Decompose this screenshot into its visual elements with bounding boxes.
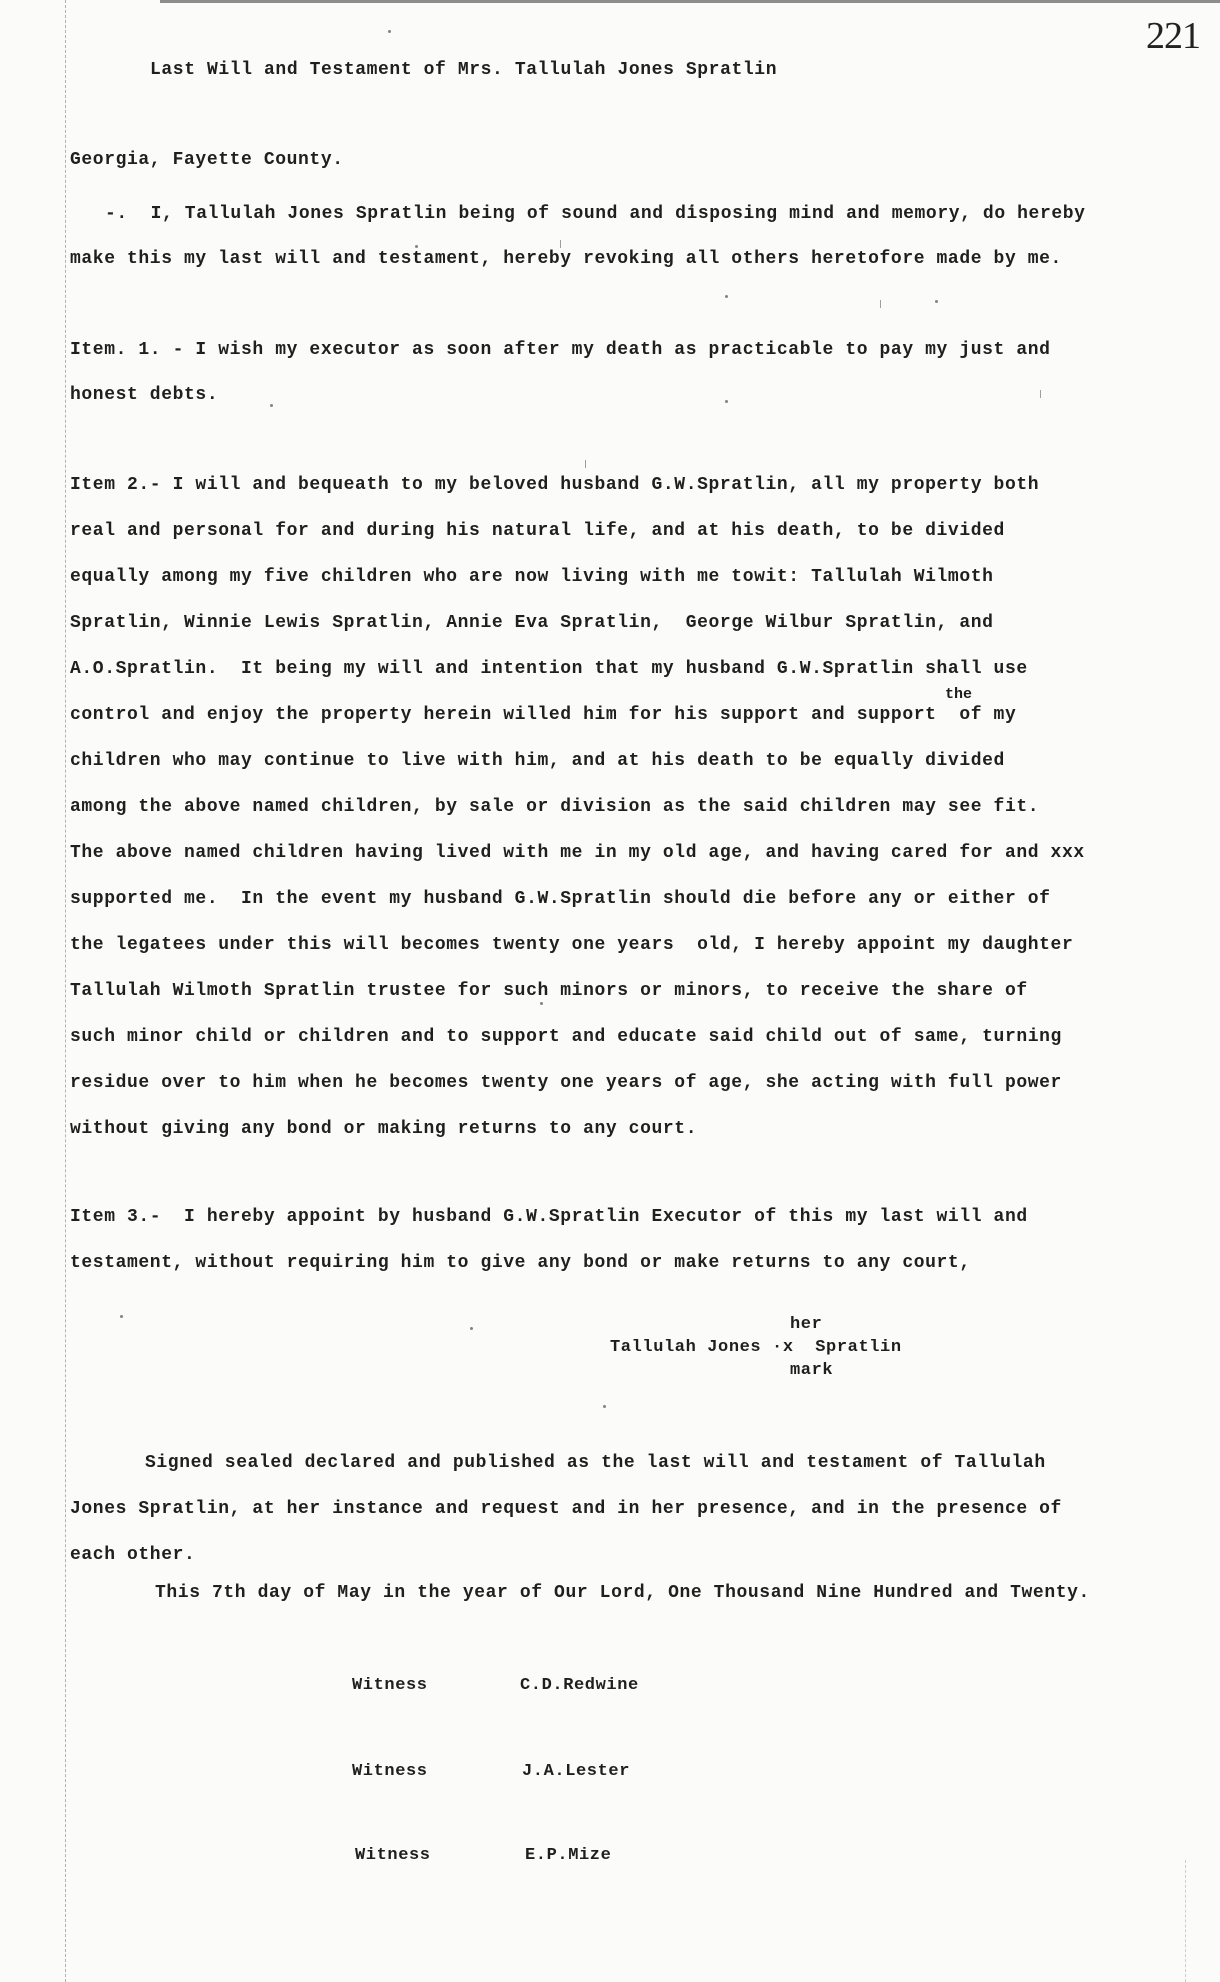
attestation-line-2: Jones Spratlin, at her instance and requ… xyxy=(70,1499,1062,1519)
left-margin-rule xyxy=(65,0,66,1982)
witness-label-2: Witness xyxy=(352,1762,428,1781)
item1-line-2: honest debts. xyxy=(70,385,218,405)
scan-speck xyxy=(120,1315,123,1318)
scan-speck xyxy=(725,295,728,298)
item2-line-15: without giving any bond or making return… xyxy=(70,1119,697,1139)
preamble-line-1: -. I, Tallulah Jones Spratlin being of s… xyxy=(105,204,1086,224)
signature-mark: mark xyxy=(790,1361,833,1380)
scan-speck xyxy=(470,1327,473,1330)
attestation-line-1: Signed sealed declared and published as … xyxy=(145,1453,1046,1473)
item2-line-11: the legatees under this will becomes twe… xyxy=(70,935,1073,955)
scan-speck xyxy=(935,300,938,303)
scan-speck xyxy=(388,30,391,33)
attestation-line-3: each other. xyxy=(70,1545,195,1565)
top-edge-rule xyxy=(160,0,1220,3)
document-page: 221 Last Will and Testament of Mrs. Tall… xyxy=(0,0,1220,1982)
witness-label-3: Witness xyxy=(355,1846,431,1865)
scan-tick xyxy=(880,300,881,308)
item2-line-1: Item 2.- I will and bequeath to my belov… xyxy=(70,475,1039,495)
scan-speck xyxy=(603,1405,606,1408)
item3-line-1: Item 3.- I hereby appoint by husband G.W… xyxy=(70,1207,1028,1227)
item2-insertion-the: the xyxy=(945,686,972,703)
item2-line-5: A.O.Spratlin. It being my will and inten… xyxy=(70,659,1028,679)
item2-line-6: control and enjoy the property herein wi… xyxy=(70,705,1016,725)
scan-tick xyxy=(1040,390,1041,398)
item2-line-8: among the above named children, by sale … xyxy=(70,797,1039,817)
preamble-line-2: make this my last will and testament, he… xyxy=(70,249,1062,269)
scan-speck xyxy=(415,245,418,248)
page-number: 221 xyxy=(1146,14,1200,58)
item2-line-4: Spratlin, Winnie Lewis Spratlin, Annie E… xyxy=(70,613,994,633)
venue-line: Georgia, Fayette County. xyxy=(70,150,344,170)
witness-label-1: Witness xyxy=(352,1676,428,1695)
witness-name-2: J.A.Lester xyxy=(522,1762,630,1781)
item2-line-9: The above named children having lived wi… xyxy=(70,843,1085,863)
item1-line-1: Item. 1. - I wish my executor as soon af… xyxy=(70,340,1051,360)
scan-speck xyxy=(725,400,728,403)
scan-speck xyxy=(540,1002,543,1005)
scan-speck xyxy=(690,205,693,208)
item2-line-2: real and personal for and during his nat… xyxy=(70,521,1005,541)
witness-name-3: E.P.Mize xyxy=(525,1846,611,1865)
document-title: Last Will and Testament of Mrs. Tallulah… xyxy=(150,60,777,80)
item2-line-13: such minor child or children and to supp… xyxy=(70,1027,1062,1047)
scan-tick xyxy=(560,240,561,248)
item2-line-7: children who may continue to live with h… xyxy=(70,751,1005,771)
item2-line-14: residue over to him when he becomes twen… xyxy=(70,1073,1062,1093)
scan-tick xyxy=(585,460,586,468)
item2-line-10: supported me. In the event my husband G.… xyxy=(70,889,1051,909)
date-line: This 7th day of May in the year of Our L… xyxy=(155,1583,1090,1603)
item2-line-3: equally among my five children who are n… xyxy=(70,567,994,587)
right-margin-rule xyxy=(1185,1860,1186,1982)
signature-her: her xyxy=(790,1315,822,1334)
item2-line-12: Tallulah Wilmoth Spratlin trustee for su… xyxy=(70,981,1028,1001)
scan-speck xyxy=(270,404,273,407)
witness-name-1: C.D.Redwine xyxy=(520,1676,639,1695)
item3-line-2: testament, without requiring him to give… xyxy=(70,1253,971,1273)
signature-name: Tallulah Jones ·x Spratlin xyxy=(610,1338,902,1357)
